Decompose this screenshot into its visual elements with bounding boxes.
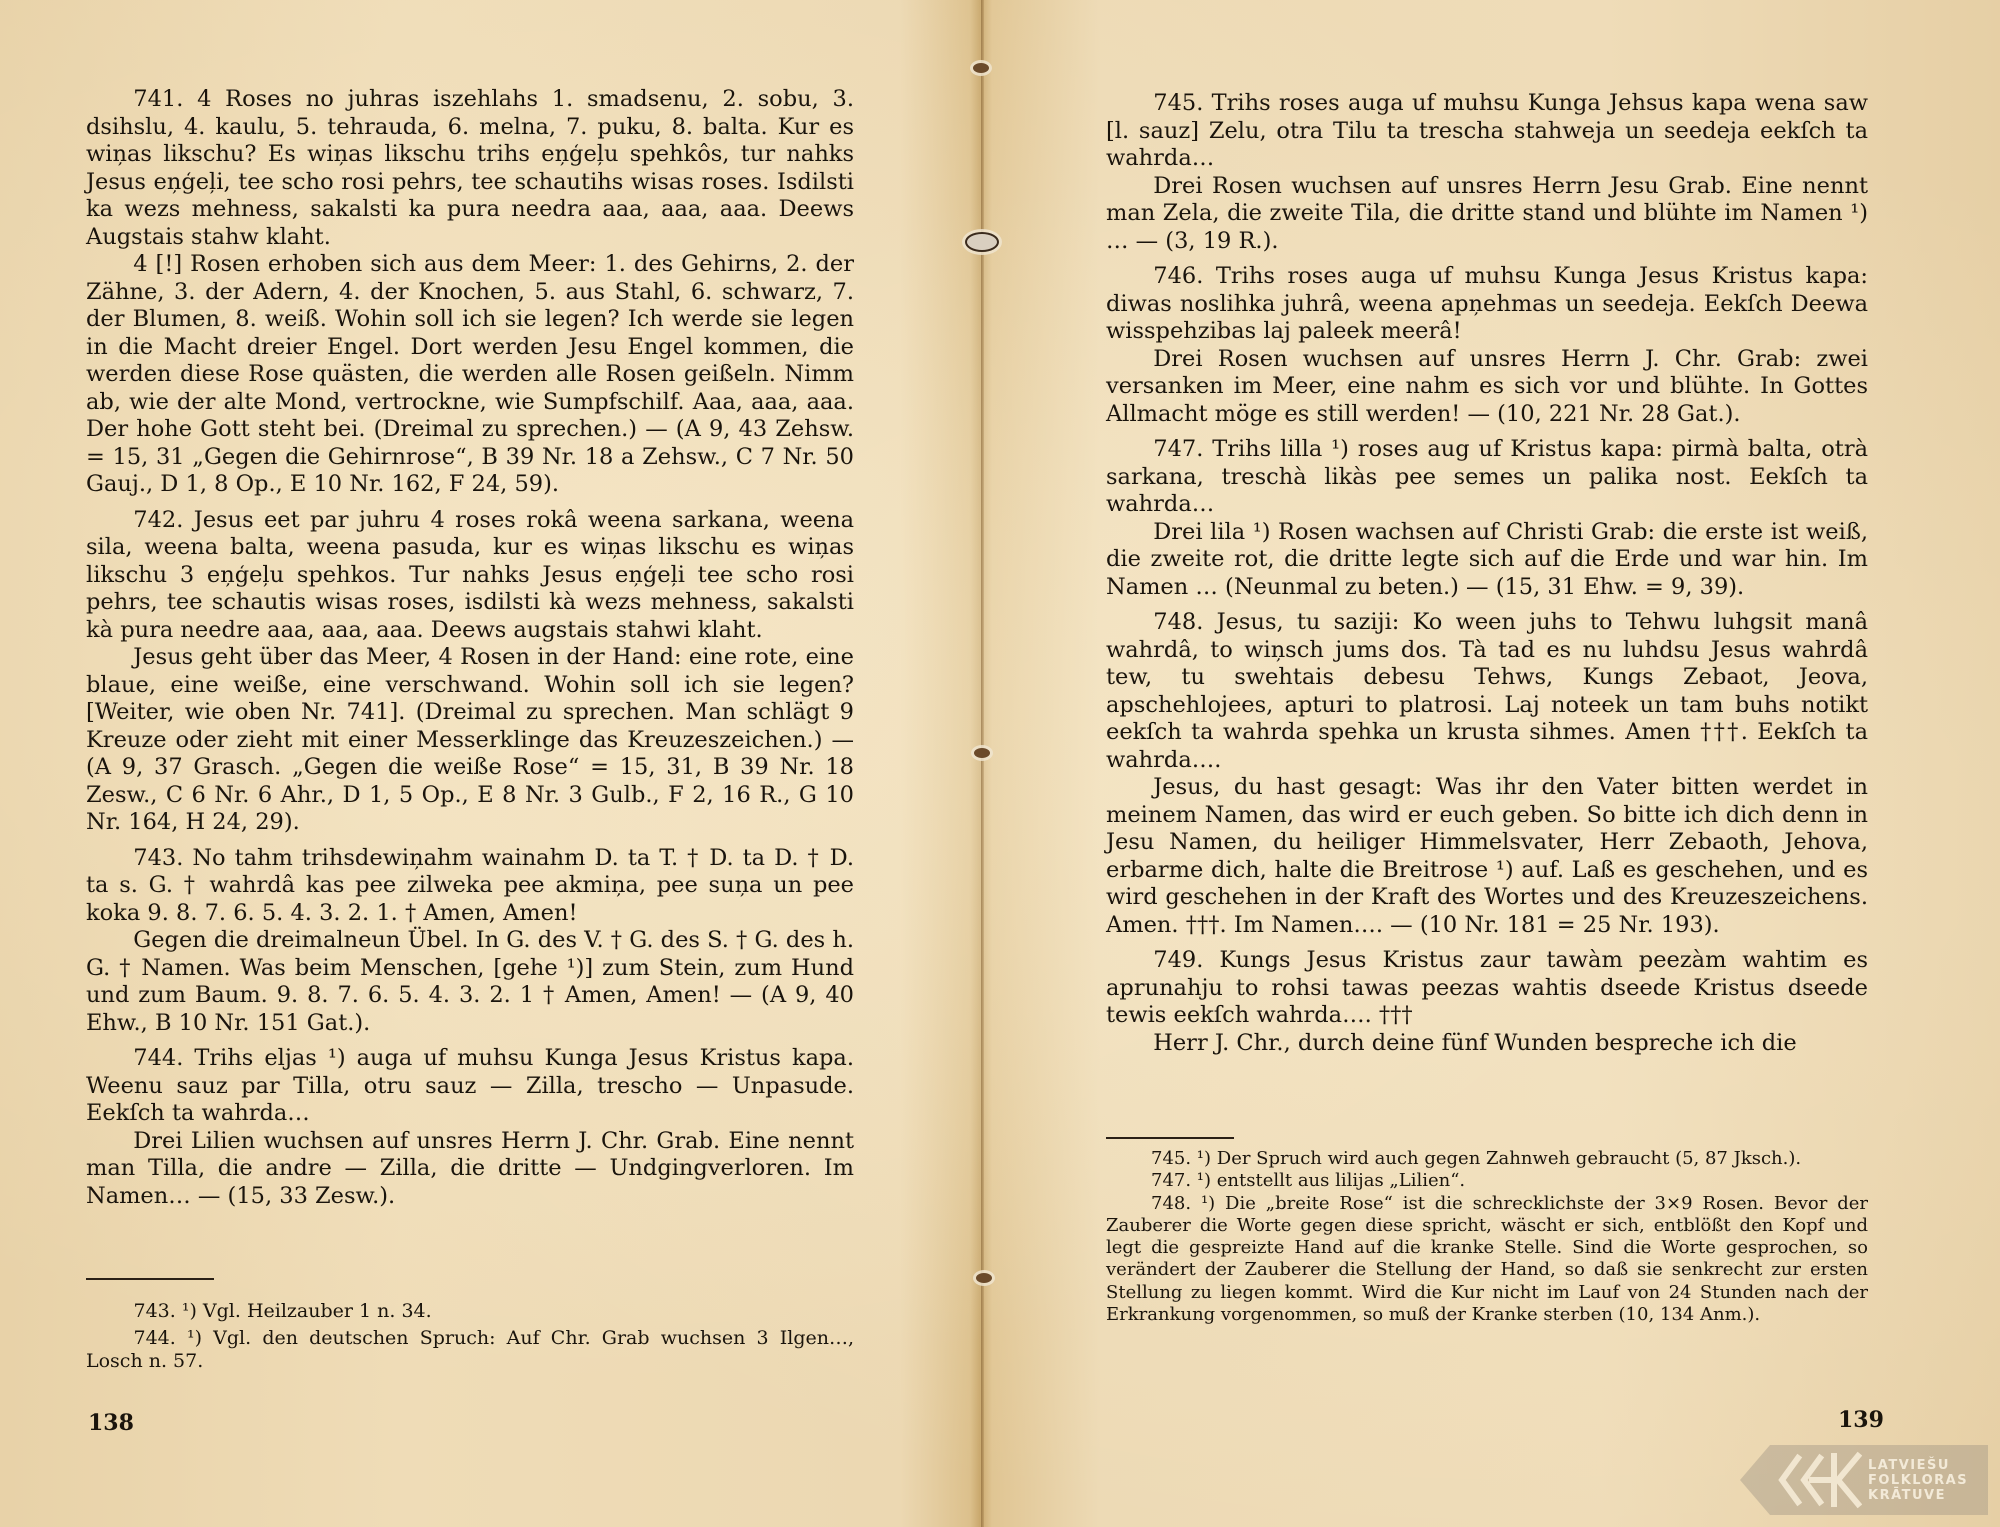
right-page-body: 745. Trihs roses auga uf muhsu Kunga Jeh… [1106, 90, 1868, 1057]
left-footnotes: 743. ¹) Vgl. Heilzauber 1 n. 34. 744. ¹)… [86, 1300, 854, 1377]
page-number-right: 139 [1838, 1407, 1884, 1433]
footnote-748: 748. ¹) Die „breite Rose“ ist die schrec… [1106, 1193, 1868, 1327]
left-page-body: 741. 4 Roses no juhras iszehlahs 1. smad… [86, 86, 854, 1210]
translation-743: Gegen die dreimalneun Übel. In G. des V.… [86, 927, 854, 1037]
translation-749: Herr J. Chr., durch deine fünf Wunden be… [1106, 1030, 1868, 1058]
translation-744: Drei Lilien wuchsen auf unsres Herrn J. … [86, 1128, 854, 1211]
archive-watermark: LATVIEŠU FOLKLORAS KRĀTUVE [1740, 1445, 1988, 1515]
charm-entry-749: 749. Kungs Jesus Kristus zaur tawàm peez… [1106, 947, 1868, 1030]
footnote-744: 744. ¹) Vgl. den deutschen Spruch: Auf C… [86, 1327, 854, 1373]
page-number-left: 138 [88, 1410, 134, 1436]
charm-entry-743: 743. No tahm trihsdewiņahm wainahm D. ta… [86, 845, 854, 928]
footnote-743: 743. ¹) Vgl. Heilzauber 1 n. 34. [86, 1300, 854, 1323]
charm-entry-748: 748. Jesus, tu saziji: Ko ween juhs to T… [1106, 609, 1868, 774]
watermark-line-3: KRĀTUVE [1868, 1488, 1968, 1503]
watermark-line-1: LATVIEŠU [1868, 1458, 1968, 1473]
watermark-line-2: FOLKLORAS [1868, 1473, 1968, 1488]
watermark-text: LATVIEŠU FOLKLORAS KRĀTUVE [1868, 1458, 1968, 1503]
footnote-747: 747. ¹) entstellt aus lilijas „Lilien“. [1106, 1170, 1868, 1192]
charm-entry-742: 742. Jesus eet par juhru 4 roses rokâ we… [86, 507, 854, 645]
translation-745: Drei Rosen wuchsen auf unsres Herrn Jesu… [1106, 173, 1868, 256]
charm-entry-741: 741. 4 Roses no juhras iszehlahs 1. smad… [86, 86, 854, 251]
left-page: 741. 4 Roses no juhras iszehlahs 1. smad… [0, 0, 982, 1527]
footnote-divider [1106, 1137, 1234, 1139]
charm-entry-745: 745. Trihs roses auga uf muhsu Kunga Jeh… [1106, 90, 1868, 173]
translation-746: Drei Rosen wuchsen auf unsres Herrn J. C… [1106, 346, 1868, 429]
charm-entry-744: 744. Trihs eljas ¹) auga uf muhsu Kunga … [86, 1045, 854, 1128]
translation-742: Jesus geht über das Meer, 4 Rosen in der… [86, 644, 854, 837]
right-page: 745. Trihs roses auga uf muhsu Kunga Jeh… [982, 0, 2000, 1527]
translation-741: 4 [!] Rosen erhoben sich aus dem Meer: 1… [86, 251, 854, 499]
translation-748: Jesus, du hast gesagt: Was ihr den Vater… [1106, 774, 1868, 939]
charm-entry-746: 746. Trihs roses auga uf muhsu Kunga Jes… [1106, 263, 1868, 346]
book-spread: 741. 4 Roses no juhras iszehlahs 1. smad… [0, 0, 2000, 1527]
footnote-divider [86, 1278, 214, 1280]
footnote-745: 745. ¹) Der Spruch wird auch gegen Zahnw… [1106, 1148, 1868, 1170]
charm-entry-747: 747. Trihs lilla ¹) roses aug uf Kristus… [1106, 436, 1868, 519]
translation-747: Drei lila ¹) Rosen wachsen auf Christi G… [1106, 519, 1868, 602]
lfk-logo-icon [1776, 1450, 1862, 1510]
right-footnotes: 745. ¹) Der Spruch wird auch gegen Zahnw… [1106, 1148, 1868, 1326]
